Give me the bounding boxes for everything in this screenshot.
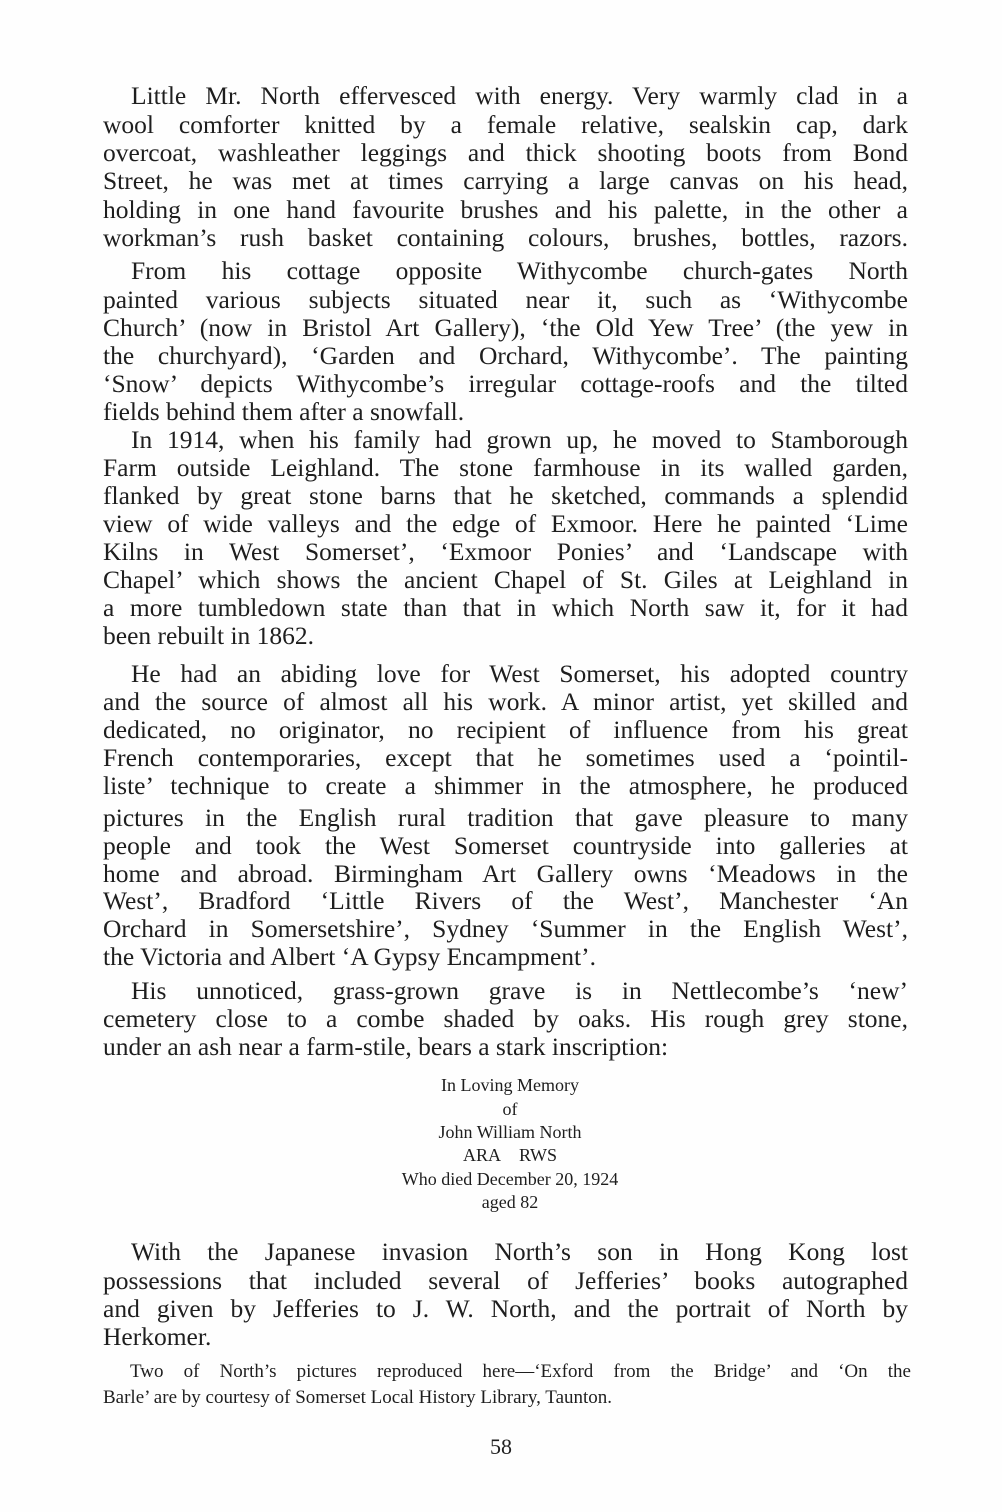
text-line: the Victoria and Albert ‘A Gypsy Encampm… [103,943,908,971]
text-line: His unnoticed, grass-grown grave is in N… [131,977,908,1005]
text-line: under an ash near a farm-stile, bears a … [103,1033,908,1061]
text-line: French contemporaries, except that he so… [103,744,908,772]
text-line: Street, he was met at times carrying a l… [103,167,908,195]
text-line: people and took the West Somerset countr… [103,832,908,860]
text-line: painted various subjects situated near i… [103,286,908,314]
text-line: With the Japanese invasion North’s son i… [131,1238,908,1266]
text-line: cemetery close to a combe shaded by oaks… [103,1005,908,1033]
text-line: home and abroad. Birmingham Art Gallery … [103,860,908,888]
text-line: Little Mr. North effervesced with energy… [131,82,908,110]
inscription-line: Who died December 20, 1924 [330,1167,690,1191]
note-line: Barle’ are by courtesy of Somerset Local… [103,1385,911,1411]
text-line: flanked by great stone barns that he ske… [103,482,908,510]
text-line: pictures in the English rural tradition … [103,804,908,832]
text-line: been rebuilt in 1862. [103,622,908,650]
text-line: overcoat, washleather leggings and thick… [103,139,908,167]
inscription-line: ARA RWS [330,1143,690,1167]
text-line: Church’ (now in Bristol Art Gallery), ‘t… [103,314,908,342]
text-line: view of wide valleys and the edge of Exm… [103,510,908,538]
text-line: West’, Bradford ‘Little Rivers of the We… [103,887,908,915]
text-line: ‘Snow’ depicts Withycombe’s irregular co… [103,370,908,398]
text-line: and the source of almost all his work. A… [103,688,908,716]
book-page: Little Mr. North effervesced with energy… [0,0,1002,1512]
text-line: and given by Jefferies to J. W. North, a… [103,1295,908,1323]
text-line: Kilns in West Somerset’, ‘Exmoor Ponies’… [103,538,908,566]
text-line: Herkomer. [103,1323,908,1351]
inscription-line: aged 82 [330,1190,690,1214]
inscription-line: of [330,1097,690,1121]
text-line: liste’ technique to create a shimmer in … [103,772,908,800]
text-line: dedicated, no originator, no recipient o… [103,716,908,744]
text-line: He had an abiding love for West Somerset… [131,660,908,688]
text-line: Farm outside Leighland. The stone farmho… [103,454,908,482]
note-line: Two of North’s pictures reproduced here—… [130,1359,911,1385]
text-line: possessions that included several of Jef… [103,1267,908,1295]
text-line: From his cottage opposite Withycombe chu… [131,257,908,285]
text-line: Chapel’ which shows the ancient Chapel o… [103,566,908,594]
text-line: the churchyard), ‘Garden and Orchard, Wi… [103,342,908,370]
text-line: a more tumbledown state than that in whi… [103,594,908,622]
inscription-line: John William North [330,1120,690,1144]
text-line: Orchard in Somersetshire’, Sydney ‘Summe… [103,915,908,943]
page-number: 58 [471,1433,531,1461]
text-line: fields behind them after a snowfall. [103,398,908,426]
text-line: wool comforter knitted by a female relat… [103,111,908,139]
text-line: In 1914, when his family had grown up, h… [131,426,908,454]
inscription-line: In Loving Memory [330,1073,690,1097]
text-line: workman’s rush basket containing colours… [103,224,908,252]
text-line: holding in one hand favourite brushes an… [103,196,908,224]
